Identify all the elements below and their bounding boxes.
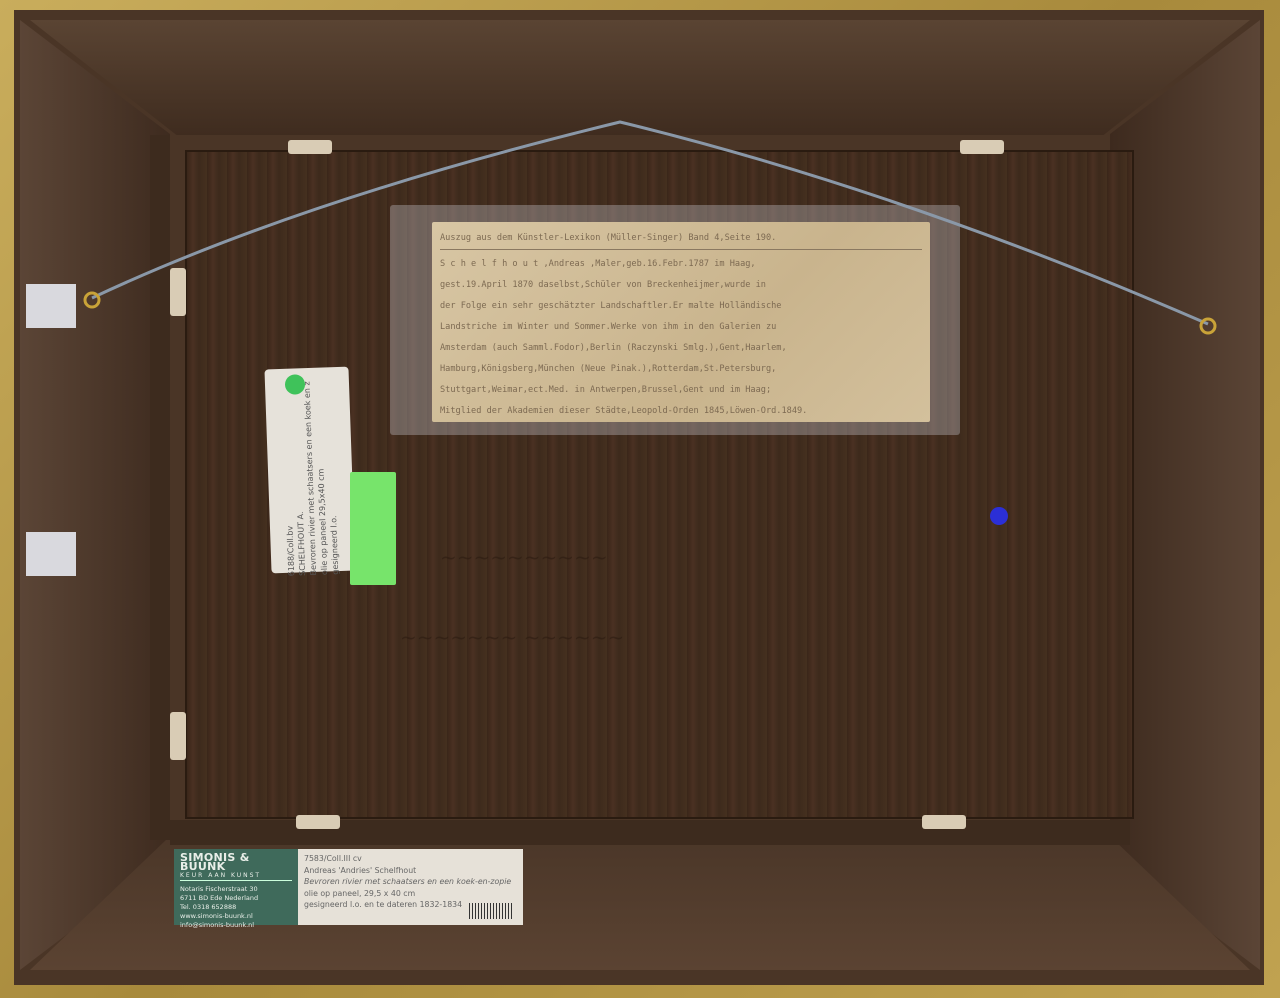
dealer-subtitle: KEUR AAN KUNST [180, 871, 292, 881]
dealer-address: info@simonis-buunk.nl [180, 921, 292, 930]
detail-line: 7583/Coll.III cv [304, 853, 517, 865]
barcode [469, 903, 513, 919]
blue-dot-sticker [990, 507, 1008, 525]
dealer-address: Notaris Fischerstraat 30 [180, 885, 292, 894]
dealer-address: 6711 BD Ede Nederland [180, 894, 292, 903]
dealer-label: SIMONIS & BUUNK KEUR AAN KUNST Notaris F… [174, 849, 523, 925]
dealer-brand: SIMONIS & BUUNK [180, 853, 292, 871]
detail-line: Andreas 'Andries' Schelfhout [304, 865, 517, 877]
detail-title: Bevroren rivier met schaatsers en een ko… [304, 876, 517, 888]
green-sticker [350, 472, 396, 585]
detail-line: olie op paneel, 29,5 x 40 cm [304, 888, 517, 900]
dealer-address: www.simonis-buunk.nl [180, 912, 292, 921]
inventory-tag: 6188/Coll.bv SCHELFHOUT A. Bevroren rivi… [264, 367, 355, 574]
dealer-address: Tel. 0318 652888 [180, 903, 292, 912]
